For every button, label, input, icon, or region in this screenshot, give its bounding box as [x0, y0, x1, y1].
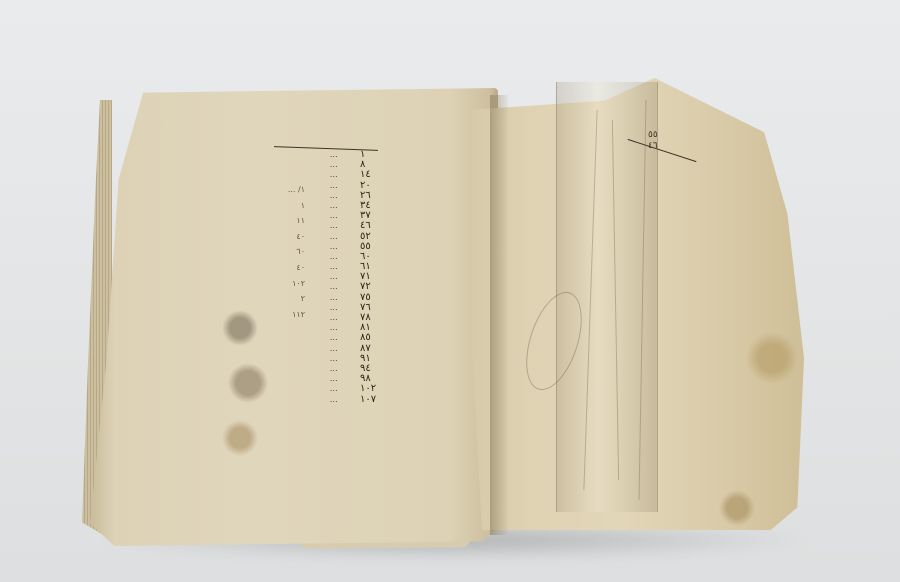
note-line: ١: [165, 198, 305, 214]
index-row: …١٠٢: [268, 384, 388, 394]
side-notes: ١/ ... ١ ١١ ٤٠ ٦٠ ٤٠ ١٠٢ ٢ ١١٢: [165, 182, 305, 322]
note-line: ١/ ...: [165, 182, 305, 198]
note-line: ٤٠: [165, 260, 305, 276]
note-line: ٤٠: [165, 229, 305, 245]
index-row: …١: [268, 150, 388, 160]
note-line: ١٠٢: [165, 276, 305, 292]
note-line: ١١٢: [165, 307, 305, 323]
note-line: ١١: [165, 213, 305, 229]
note-line: ٦٠: [165, 244, 305, 260]
index-row: …١٠٧: [268, 395, 388, 405]
book-gutter: [490, 95, 508, 535]
note-line: ٢: [165, 291, 305, 307]
